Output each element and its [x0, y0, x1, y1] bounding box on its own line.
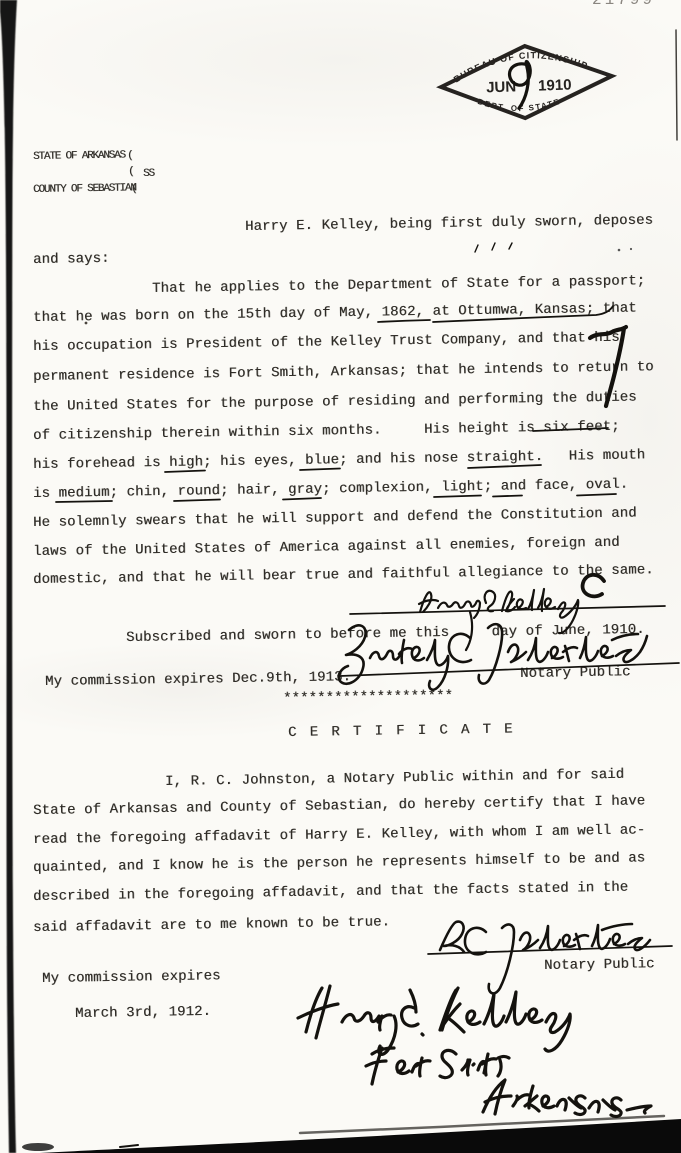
- stamp-bottom-arc-text: DEPT. OF STATE: [476, 94, 562, 115]
- paren-mark: (: [131, 183, 137, 196]
- affidavit-line: of citizenship therein within six months…: [33, 419, 620, 444]
- closing-signature-name: [298, 986, 570, 1054]
- header-ss-label: SS: [143, 168, 154, 181]
- scanned-affidavit-page: STATE OF ARKANSAS ( ( SS COUNTY OF SEBAS…: [0, 0, 681, 1153]
- affidavit-line: permanent residence is Fort Smith, Arkan…: [33, 359, 654, 385]
- closing-signature-city: [366, 1048, 509, 1084]
- header-state-line: STATE OF ARKANSAS: [33, 150, 125, 164]
- stamp-handwritten-day: [509, 61, 531, 108]
- stamp-year-text: 1910: [538, 76, 572, 94]
- affidavit-line: domestic, and that he will bear true and…: [33, 562, 654, 588]
- certificate-line: quainted, and I know he is the person he…: [33, 850, 645, 876]
- paren-mark: (: [127, 150, 133, 163]
- citizenship-stamp: BUREAU OF CITIZENSHIP DEPT. OF STATE JUN…: [440, 43, 613, 121]
- certificate-heading: C E R T I F I C A T E: [288, 721, 515, 741]
- header-county-line: COUNTY OF SEBASTIAN: [33, 182, 136, 196]
- jurat-commission-line: My commission expires Dec.9th, 1913.: [45, 669, 351, 690]
- certificate-line: described in the foregoing affadavit, an…: [33, 880, 628, 905]
- notary-public-label: Notary Public: [544, 956, 655, 974]
- asterisk-separator: ********************: [283, 688, 453, 707]
- corner-number: 21799: [592, 0, 655, 9]
- affidavit-line: his forehead is high; his eyes, blue; an…: [33, 447, 645, 473]
- jurat-subscribed-line: Subscribed and sworn to before me this d…: [126, 622, 645, 646]
- certificate-line: State of Arkansas and County of Sebastia…: [33, 793, 645, 819]
- left-binding-edge: [0, 0, 17, 1153]
- certificate-commission-line-1: My commission expires: [42, 968, 221, 987]
- paren-mark: (: [128, 166, 134, 179]
- bottom-page-edge: [22, 1116, 681, 1153]
- affidavit-line: is medium; chin, round; hair, gray; comp…: [33, 477, 628, 502]
- affidavit-line: his occupation is President of the Kelle…: [33, 330, 620, 355]
- svg-text:BUREAU OF CITIZENSHIP: BUREAU OF CITIZENSHIP: [451, 48, 590, 84]
- svg-text:DEPT. OF STATE: DEPT. OF STATE: [476, 94, 562, 115]
- certificate-commission-line-2: March 3rd, 1912.: [75, 1004, 211, 1022]
- certificate-line: said affadavit are to me known to be tru…: [33, 914, 390, 936]
- affidavit-line: He solemnly swears that he will support …: [33, 506, 637, 532]
- affidavit-line: laws of the United States of America aga…: [33, 535, 620, 560]
- notary-public-label: Notary Public: [520, 664, 631, 682]
- affidavit-line: and says:: [33, 251, 110, 268]
- affidavit-line: That he applies to the Department of Sta…: [152, 273, 645, 297]
- certificate-line: read the foregoing affadavit of Harry E.…: [33, 822, 645, 848]
- affidavit-line: the United States for the purpose of res…: [33, 390, 637, 416]
- affidavit-line: Harry E. Kelley, being first duly sworn,…: [245, 213, 653, 236]
- stamp-top-arc-text: BUREAU OF CITIZENSHIP: [451, 48, 590, 84]
- affidavit-line: that he was born on the 15th day of May,…: [33, 301, 637, 327]
- stamp-month-text: JUN: [486, 78, 517, 96]
- certificate-line: I, R. C. Johnston, a Notary Public withi…: [165, 767, 624, 790]
- closing-signature-state: [483, 1080, 651, 1116]
